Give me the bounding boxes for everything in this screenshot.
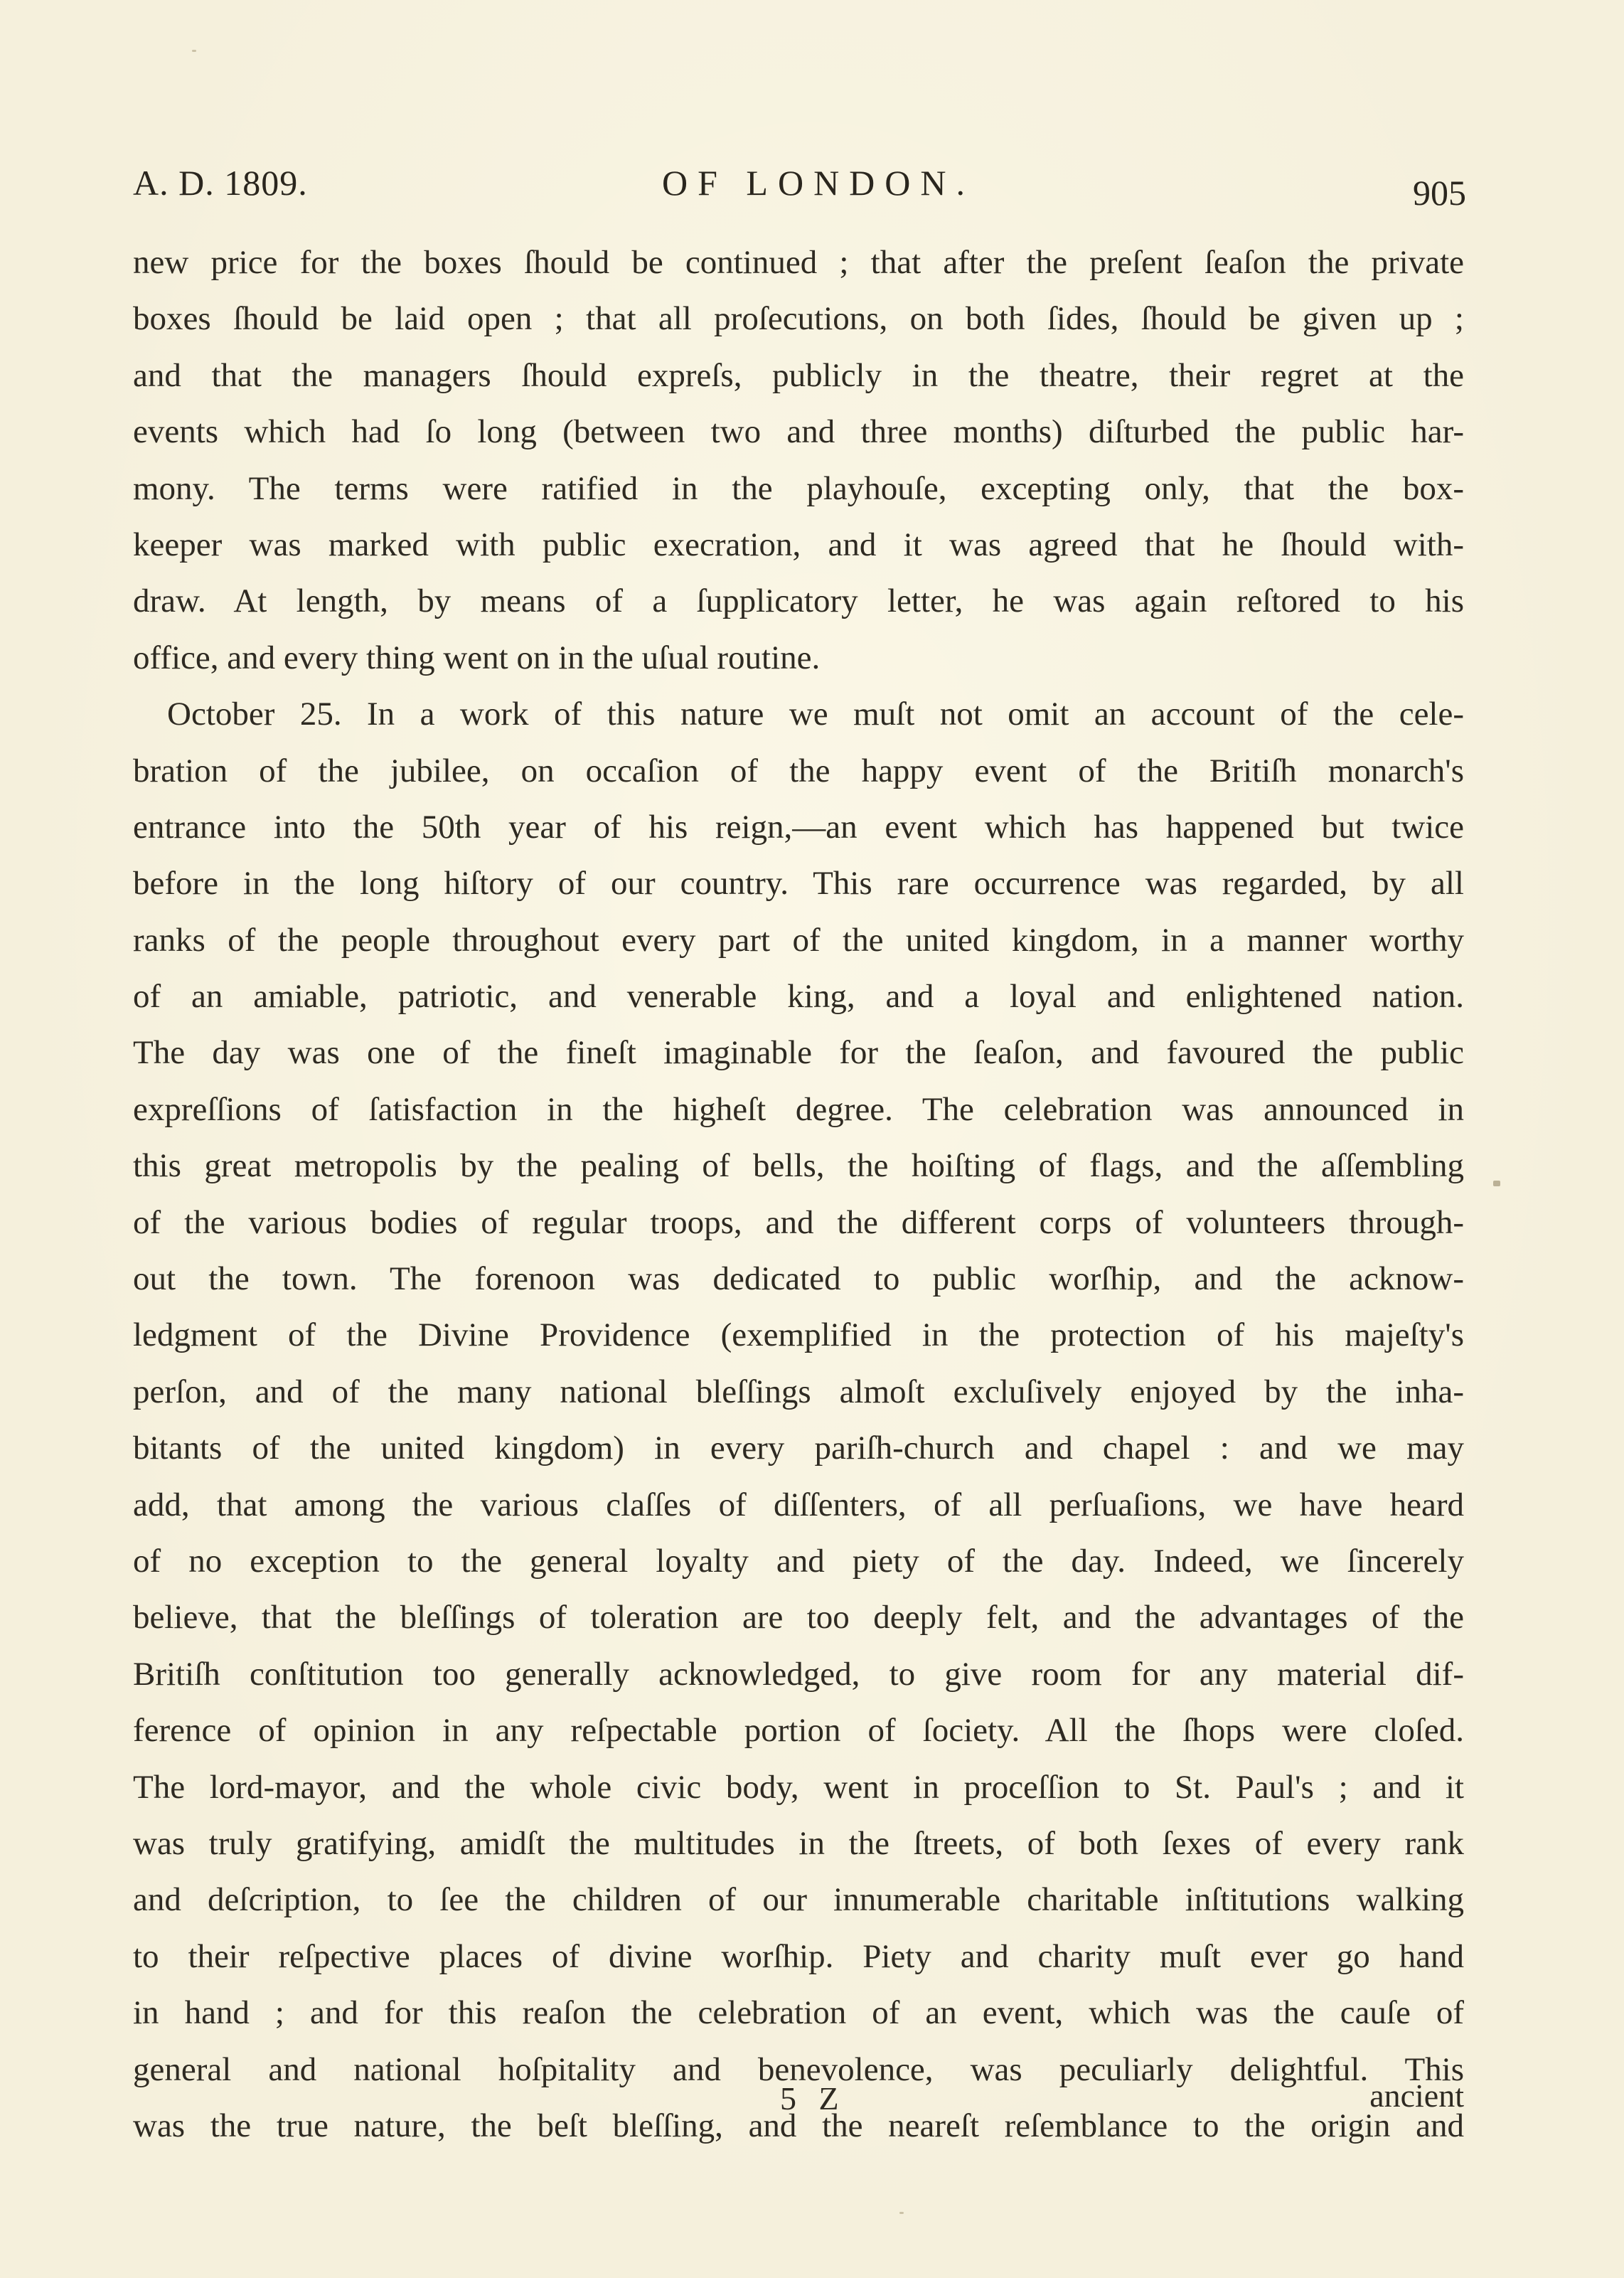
paper-speck bbox=[1493, 1181, 1500, 1186]
text-line: expreſſions of ſatisfaction in the highe… bbox=[133, 1082, 1464, 1138]
text-line: ranks of the people throughout every par… bbox=[133, 912, 1464, 969]
text-line: add, that among the various claſſes of d… bbox=[133, 1477, 1464, 1533]
text-line: in hand ; and for this reaſon the celebr… bbox=[133, 1985, 1464, 2041]
text-line: draw. At length, by means of a ſupplicat… bbox=[133, 573, 1464, 629]
text-line: bration of the jubilee, on occaſion of t… bbox=[133, 743, 1464, 799]
text-line: and deſcription, to ſee the children of … bbox=[133, 1872, 1464, 1928]
text-line: believe, that the bleſſings of toleratio… bbox=[133, 1590, 1464, 1646]
text-line: this great metropolis by the pealing of … bbox=[133, 1138, 1464, 1194]
text-line: and that the managers ſhould expreſs, pu… bbox=[133, 348, 1464, 404]
page-number: 905 bbox=[1413, 172, 1466, 213]
paper-speck bbox=[192, 50, 196, 52]
text-line: of no exception to the general loyalty a… bbox=[133, 1533, 1464, 1590]
text-line: entrance into the 50th year of his reign… bbox=[133, 799, 1464, 856]
body-text: new price for the boxes ſhould be contin… bbox=[133, 235, 1464, 2154]
page-footer: 5 Z ancient bbox=[133, 2077, 1464, 2127]
paper-speck bbox=[899, 2212, 904, 2214]
text-line-paragraph-start: October 25. In a work of this nature we … bbox=[133, 686, 1464, 743]
text-line: bitants of the united kingdom) in every … bbox=[133, 1420, 1464, 1476]
text-line-paragraph-end: office, and every thing went on in the u… bbox=[133, 630, 1464, 686]
text-line: The day was one of the fineſt imaginable… bbox=[133, 1025, 1464, 1081]
text-line: Britiſh conſtitution too generally ackno… bbox=[133, 1646, 1464, 1703]
text-line: ledgment of the Divine Providence (exemp… bbox=[133, 1307, 1464, 1363]
text-line: before in the long hiſtory of our countr… bbox=[133, 856, 1464, 912]
text-line: The lord-mayor, and the whole civic body… bbox=[133, 1760, 1464, 1816]
text-line: out the town. The forenoon was dedicated… bbox=[133, 1251, 1464, 1307]
running-head: A. D. 1809. OF LONDON. 905 bbox=[133, 162, 1466, 212]
text-line: of an amiable, patriotic, and venerable … bbox=[133, 969, 1464, 1025]
text-line: ference of opinion in any reſpectable po… bbox=[133, 1703, 1464, 1759]
running-head-title: OF LONDON. bbox=[662, 162, 975, 203]
text-line: events which had ſo long (between two an… bbox=[133, 404, 1464, 460]
signature-mark: 5 Z bbox=[780, 2080, 846, 2117]
text-line: new price for the boxes ſhould be contin… bbox=[133, 235, 1464, 291]
text-line: boxes ſhould be laid open ; that all pro… bbox=[133, 291, 1464, 347]
text-line: was truly gratifying, amidſt the multitu… bbox=[133, 1816, 1464, 1872]
text-line: of the various bodies of regular troops,… bbox=[133, 1195, 1464, 1251]
text-line: to their reſpective places of divine wor… bbox=[133, 1929, 1464, 1985]
text-line: keeper was marked with public execration… bbox=[133, 517, 1464, 573]
text-line: perſon, and of the many national bleſſin… bbox=[133, 1364, 1464, 1420]
running-head-year: A. D. 1809. bbox=[133, 162, 308, 203]
catchword: ancient bbox=[1369, 2077, 1464, 2114]
book-page: A. D. 1809. OF LONDON. 905 new price for… bbox=[0, 0, 1624, 2278]
text-line: mony. The terms were ratified in the pla… bbox=[133, 461, 1464, 517]
